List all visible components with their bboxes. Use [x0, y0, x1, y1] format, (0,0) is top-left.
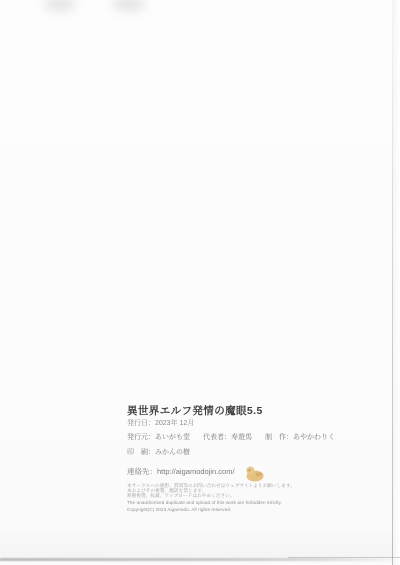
page-edge-line [392, 0, 393, 565]
duck-icon [244, 465, 265, 482]
production-credit: 制 作：あやかわりく [265, 433, 335, 442]
publisher-row: 発行元：あいがも堂 代表者：寿遊馬 制 作：あやかわりく [127, 433, 367, 442]
fine-print-block: 本サークルへの感想、質問等のお問い合わせはウェブサイトよりお願いします。 本およ… [127, 483, 357, 512]
colophon-block: 異世界エルフ発情の魔眼5.5 発行日：2023年 12月 発行元：あいがも堂 代… [127, 405, 367, 480]
book-title: 異世界エルフ発情の魔眼5.5 [127, 405, 367, 418]
fine-print-line-english: The unauthorized duplicate and upload of… [127, 500, 357, 505]
page-bottom-shadow [0, 558, 392, 561]
scan-smudge [112, 0, 146, 12]
contact-url: 連絡先：http://aigamodojin.com/ [127, 467, 235, 476]
scan-smudge [44, 0, 76, 12]
printer-credit: 印 刷：みかんの樹 [127, 448, 367, 457]
contact-row: 連絡先：http://aigamodojin.com/ [127, 463, 367, 480]
scanned-colophon-page: 異世界エルフ発情の魔眼5.5 発行日：2023年 12月 発行元：あいがも堂 代… [0, 0, 400, 565]
page-bottom-shadow-right [288, 557, 400, 558]
page-edge-shading [393, 0, 400, 565]
representative: 代表者：寿遊馬 [203, 433, 252, 442]
fine-print-copyright: Copyright(C) 2023 Aigamodo. All rights r… [127, 507, 357, 512]
fine-print-line: 無断複製、転載、アップロードはおやめください。 [127, 493, 357, 498]
publisher: 発行元：あいがも堂 [127, 433, 190, 442]
publication-date: 発行日：2023年 12月 [127, 419, 367, 428]
